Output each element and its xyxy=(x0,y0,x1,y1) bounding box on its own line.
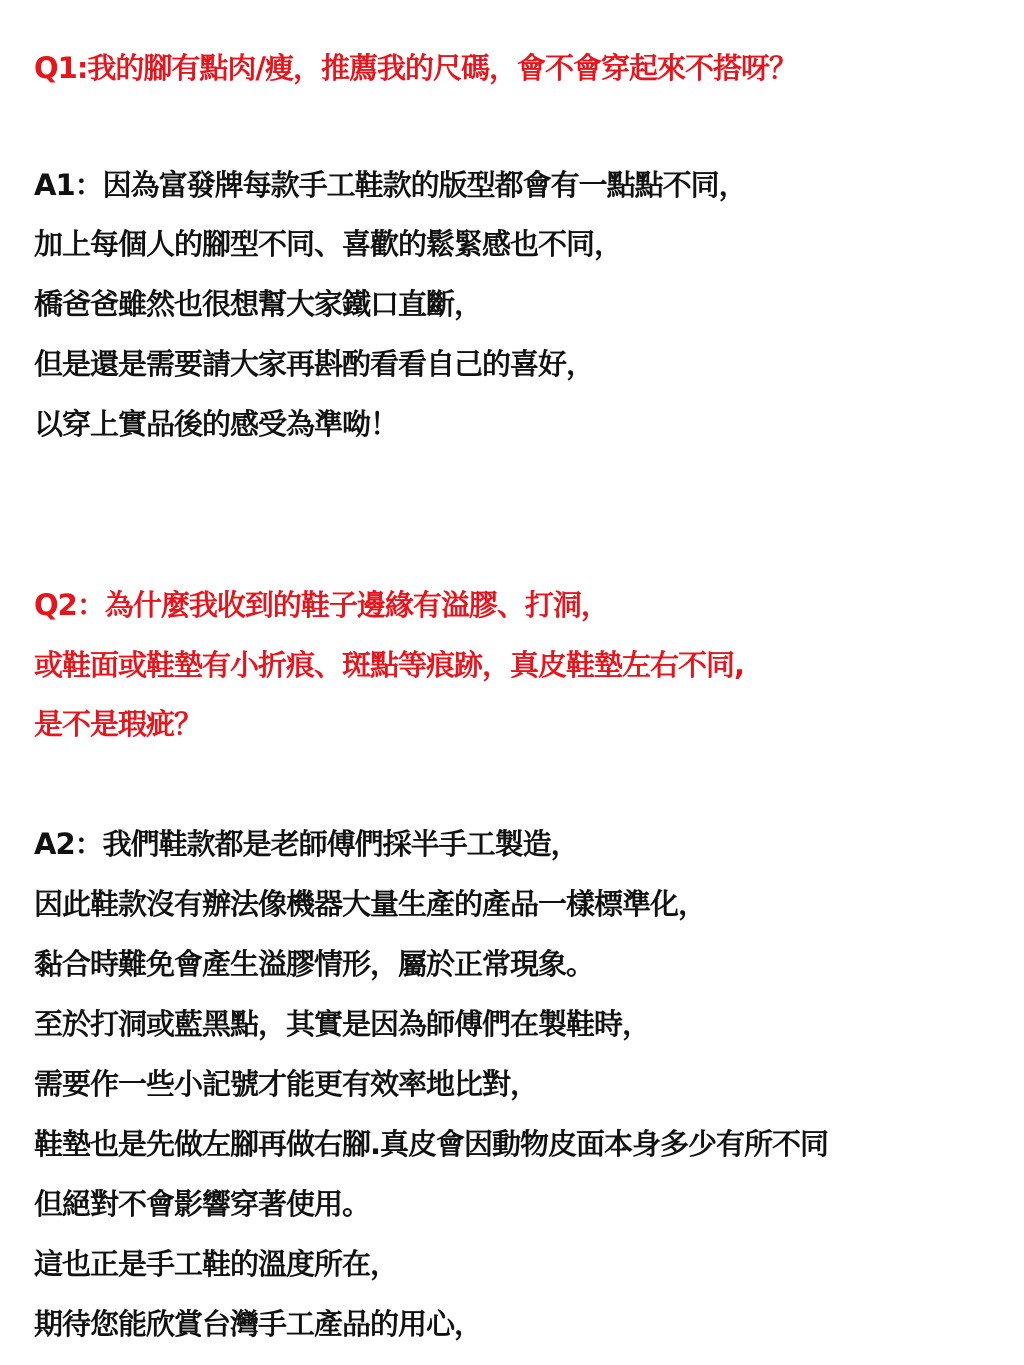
faq-question-2-line-1: Q2：為什麼我收到的鞋子邊緣有溢膠、打洞， xyxy=(34,585,609,625)
faq-question-2-line-3: 是不是瑕疵？ xyxy=(34,704,202,744)
faq-answer-2-line-2: 因此鞋款沒有辦法像機器大量生產的產品一樣標準化， xyxy=(34,884,706,924)
faq-answer-2-line-9: 期待您能欣賞台灣手工產品的用心， xyxy=(34,1304,482,1344)
faq-answer-1-line-2: 加上每個人的腳型不同、喜歡的鬆緊感也不同， xyxy=(34,224,622,264)
faq-answer-1-line-1: A1：因為富發牌每款手工鞋款的版型都會有一點點不同， xyxy=(34,165,747,205)
faq-answer-2-line-3: 黏合時難免會產生溢膠情形，屬於正常現象。 xyxy=(34,944,594,984)
faq-question-2-line-2: 或鞋面或鞋墊有小折痕、斑點等痕跡，真皮鞋墊左右不同, xyxy=(34,645,744,685)
faq-question-1-line-1: Q1:我的腳有點肉/瘦，推薦我的尺碼，會不會穿起來不搭呀？ xyxy=(34,48,797,88)
faq-answer-1-line-4: 但是還是需要請大家再斟酌看看自己的喜好， xyxy=(34,344,594,384)
faq-answer-2-line-7: 但絕對不會影響穿著使用。 xyxy=(34,1184,370,1224)
faq-answer-2-line-5: 需要作一些小記號才能更有效率地比對， xyxy=(34,1064,538,1104)
faq-answer-2-line-4: 至於打洞或藍黑點，其實是因為師傅們在製鞋時， xyxy=(34,1004,650,1044)
faq-answer-2-line-8: 這也正是手工鞋的溫度所在， xyxy=(34,1244,398,1284)
faq-answer-1-line-3: 橋爸爸雖然也很想幫大家鐵口直斷， xyxy=(34,284,482,324)
faq-answer-2-line-1: A2：我們鞋款都是老師傅們採半手工製造， xyxy=(34,824,579,864)
faq-answer-1-line-5: 以穿上實品後的感受為準呦！ xyxy=(34,404,398,444)
faq-answer-2-line-6: 鞋墊也是先做左腳再做右腳.真皮會因動物皮面本身多少有所不同 xyxy=(34,1124,828,1164)
